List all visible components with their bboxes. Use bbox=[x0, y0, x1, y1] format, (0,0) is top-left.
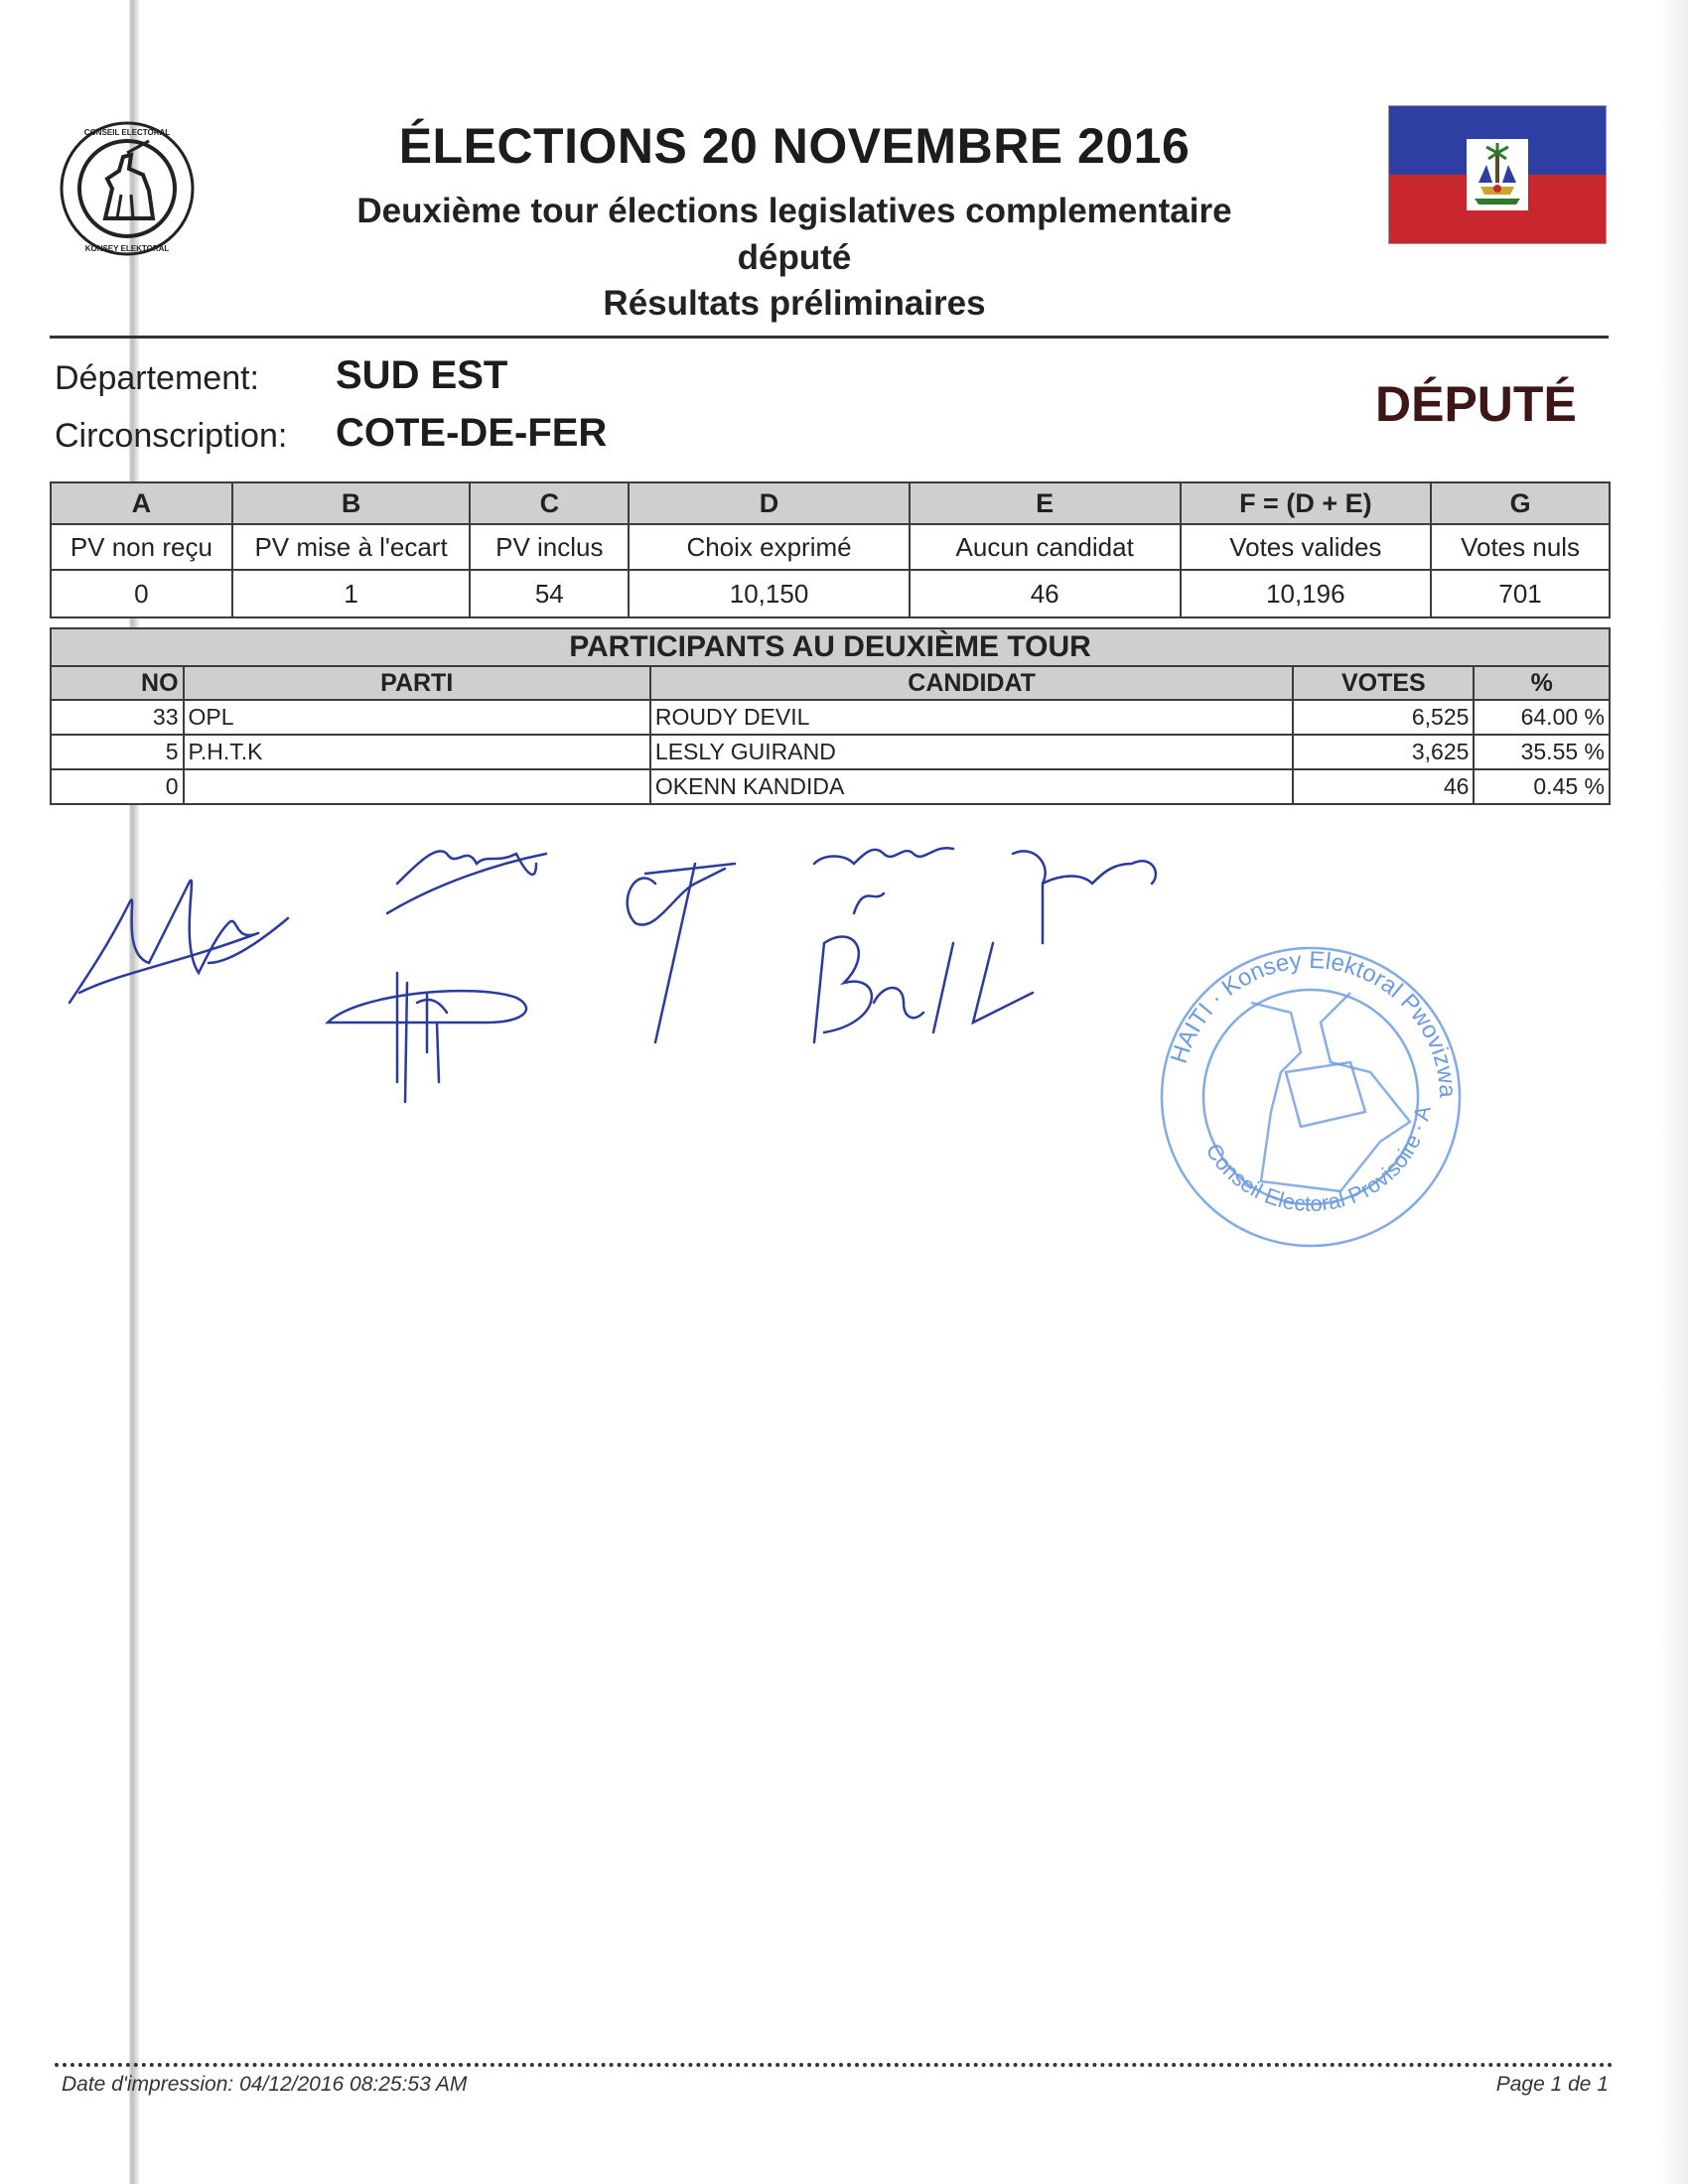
footer-divider bbox=[55, 2063, 1614, 2067]
summary-letter: F = (D + E) bbox=[1181, 482, 1432, 524]
column-header-candidate: CANDIDAT bbox=[650, 666, 1293, 700]
coat-of-arms-icon bbox=[1467, 139, 1528, 210]
cep-seal-icon: CONSEIL ELECTORAL KONSEY ELEKTORAL bbox=[58, 119, 197, 258]
summary-value: 1 bbox=[232, 570, 471, 617]
candidate-party: P.H.T.K bbox=[184, 735, 650, 769]
candidate-percent: 0.45 % bbox=[1474, 769, 1610, 804]
table-row: 0 OKENN KANDIDA 46 0.45 % bbox=[51, 769, 1610, 804]
candidate-votes: 6,525 bbox=[1293, 700, 1474, 735]
summary-value: 701 bbox=[1431, 570, 1610, 617]
print-date: Date d'impression: 04/12/2016 08:25:53 A… bbox=[62, 2073, 467, 2097]
position-badge: DÉPUTÉ bbox=[1375, 375, 1577, 433]
candidate-name: ROUDY DEVIL bbox=[650, 700, 1293, 735]
signature-5-icon bbox=[814, 848, 953, 913]
summary-label-row: PV non reçu PV mise à l'ecart PV inclus … bbox=[51, 524, 1610, 570]
position-title: député bbox=[248, 238, 1340, 278]
district-value: COTE-DE-FER bbox=[336, 411, 607, 456]
page-number: Page 1 de 1 bbox=[1496, 2073, 1609, 2097]
signature-6-icon bbox=[1013, 851, 1156, 943]
results-status: Résultats préliminaires bbox=[248, 284, 1340, 324]
summary-letter: D bbox=[629, 482, 910, 524]
department-value: SUD EST bbox=[336, 353, 507, 398]
summary-value-row: 0 1 54 10,150 46 10,196 701 bbox=[51, 570, 1610, 617]
summary-value: 10,150 bbox=[629, 570, 910, 617]
summary-letter: A bbox=[51, 482, 232, 524]
header-divider bbox=[50, 336, 1609, 339]
candidate-party: OPL bbox=[184, 700, 650, 735]
signature-3-icon bbox=[628, 864, 735, 1042]
participants-table: PARTICIPANTS AU DEUXIÈME TOUR NO PARTI C… bbox=[50, 627, 1611, 805]
summary-letter: E bbox=[910, 482, 1181, 524]
table-row: 33 OPL ROUDY DEVIL 6,525 64.00 % bbox=[51, 700, 1610, 735]
candidate-party bbox=[184, 769, 650, 804]
column-header-percent: % bbox=[1474, 666, 1610, 700]
svg-text:CONSEIL ELECTORAL: CONSEIL ELECTORAL bbox=[84, 128, 170, 137]
column-header-no: NO bbox=[51, 666, 184, 700]
candidate-number: 5 bbox=[51, 735, 184, 769]
district-label: Circonscription: bbox=[55, 417, 287, 456]
summary-value: 46 bbox=[910, 570, 1181, 617]
column-header-votes: VOTES bbox=[1293, 666, 1474, 700]
candidate-votes: 46 bbox=[1293, 769, 1474, 804]
document-subtitle: Deuxième tour élections legislatives com… bbox=[248, 192, 1340, 231]
signature-2-icon bbox=[387, 851, 546, 913]
summary-letter: G bbox=[1431, 482, 1610, 524]
summary-label: PV non reçu bbox=[51, 524, 232, 570]
table-row: 5 P.H.T.K LESLY GUIRAND 3,625 35.55 % bbox=[51, 735, 1610, 769]
summary-label: Choix exprimé bbox=[629, 524, 910, 570]
signature-1-icon bbox=[70, 881, 288, 1003]
summary-value: 10,196 bbox=[1181, 570, 1432, 617]
summary-value: 54 bbox=[470, 570, 629, 617]
summary-table: A B C D E F = (D + E) G PV non reçu PV m… bbox=[50, 481, 1611, 618]
participants-caption: PARTICIPANTS AU DEUXIÈME TOUR bbox=[51, 628, 1610, 666]
svg-text:KONSEY ELEKTORAL: KONSEY ELEKTORAL bbox=[85, 244, 170, 253]
page-edge-shadow bbox=[1658, 0, 1688, 2184]
participants-header-row: NO PARTI CANDIDAT VOTES % bbox=[51, 666, 1610, 700]
candidate-percent: 35.55 % bbox=[1474, 735, 1610, 769]
summary-label: PV mise à l'ecart bbox=[232, 524, 471, 570]
summary-label: Aucun candidat bbox=[910, 524, 1181, 570]
summary-letter: B bbox=[232, 482, 471, 524]
signatures-block bbox=[60, 824, 1301, 1122]
signature-4-icon bbox=[328, 973, 526, 1102]
summary-letter-row: A B C D E F = (D + E) G bbox=[51, 482, 1610, 524]
candidate-name: LESLY GUIRAND bbox=[650, 735, 1293, 769]
summary-value: 0 bbox=[51, 570, 232, 617]
summary-letter: C bbox=[470, 482, 629, 524]
haiti-flag-icon bbox=[1388, 105, 1607, 244]
summary-label: Votes nuls bbox=[1431, 524, 1610, 570]
department-label: Département: bbox=[55, 359, 259, 398]
candidate-name: OKENN KANDIDA bbox=[650, 769, 1293, 804]
summary-label: PV inclus bbox=[470, 524, 629, 570]
column-header-party: PARTI bbox=[184, 666, 650, 700]
candidate-votes: 3,625 bbox=[1293, 735, 1474, 769]
summary-label: Votes valides bbox=[1181, 524, 1432, 570]
candidate-number: 33 bbox=[51, 700, 184, 735]
candidate-percent: 64.00 % bbox=[1474, 700, 1610, 735]
signature-7-icon bbox=[814, 937, 1033, 1042]
candidate-number: 0 bbox=[51, 769, 184, 804]
official-stamp-icon: HAITI · Konsey Elektoral Pwovizwa Consei… bbox=[1152, 943, 1470, 1251]
document-title: ÉLECTIONS 20 NOVEMBRE 2016 bbox=[248, 117, 1340, 175]
